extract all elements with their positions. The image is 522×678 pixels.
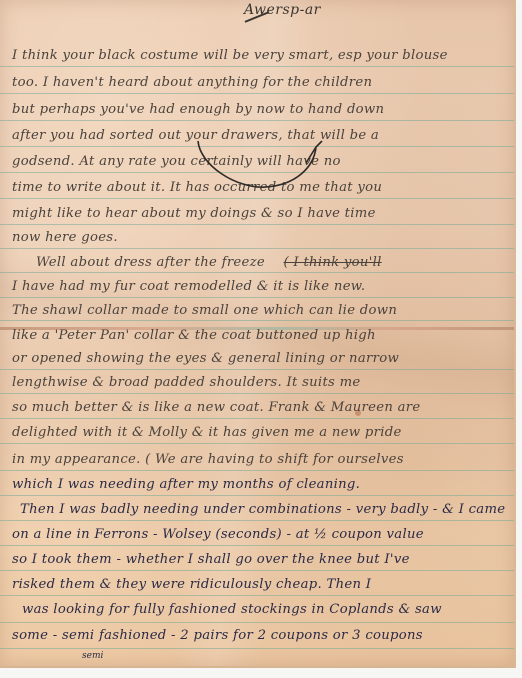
text-line: might like to hear about my doings & so … — [12, 206, 376, 222]
page-header-note: Awersp-ar — [244, 2, 321, 18]
ruled-line — [0, 393, 514, 394]
text-line: risked them & they were ridiculously che… — [12, 577, 371, 593]
ruled-line — [0, 418, 514, 419]
ruled-line — [0, 570, 514, 571]
text-line: lengthwise & broad padded shoulders. It … — [12, 375, 361, 391]
text-line: Then I was badly needing under combinati… — [20, 502, 505, 518]
circled-word-mark — [196, 137, 336, 195]
ruled-line — [0, 297, 514, 298]
ruled-line — [0, 495, 514, 496]
text-line: so much better & is like a new coat. Fra… — [12, 400, 421, 416]
ruled-line — [0, 93, 514, 94]
ruled-line — [0, 545, 514, 546]
text-line: which I was needing after my months of c… — [12, 477, 360, 493]
text-line: some - semi fashioned - 2 pairs for 2 co… — [12, 628, 423, 644]
ruled-line — [0, 470, 514, 471]
text-line: too. I haven't heard about anything for … — [12, 75, 372, 91]
text-line: in my appearance. ( We are having to shi… — [12, 452, 404, 468]
ruled-line — [0, 369, 514, 370]
ruled-line — [0, 224, 514, 225]
interlinear-note: semi — [82, 651, 103, 661]
ruled-line — [0, 595, 514, 596]
ruled-line — [0, 66, 514, 67]
text-line: The shawl collar made to small one which… — [12, 303, 397, 319]
text-line: on a line in Ferrons - Wolsey (seconds) … — [12, 527, 424, 543]
ruled-line — [0, 320, 514, 321]
struck-text: ( I think you'll — [284, 255, 382, 270]
ruled-line — [0, 120, 514, 121]
text-line: I have had my fur coat remodelled & it i… — [12, 279, 365, 295]
text-line: I think your black costume will be very … — [12, 48, 448, 64]
ruled-line — [0, 648, 514, 649]
text-line: like a 'Peter Pan' collar & the coat but… — [12, 328, 376, 344]
letter-page: Awersp-ar I think your black costume wil… — [0, 0, 516, 668]
text-line: or opened showing the eyes & general lin… — [12, 351, 399, 367]
text-line: was looking for fully fashioned stocking… — [22, 602, 442, 618]
text-segment: Well about dress after the freeze — [36, 255, 265, 270]
text-line: now here goes. — [12, 230, 118, 246]
ruled-line — [0, 272, 514, 273]
ruled-line — [0, 198, 514, 199]
text-line: but perhaps you've had enough by now to … — [12, 102, 384, 118]
text-line: delighted with it & Molly & it has given… — [12, 425, 402, 441]
text-line: Well about dress after the freeze ( I th… — [36, 255, 382, 271]
ruled-line — [0, 622, 514, 623]
text-line: so I took them - whether I shall go over… — [12, 552, 410, 568]
ruled-line — [0, 443, 514, 444]
ruled-line — [0, 520, 514, 521]
ruled-line — [0, 248, 514, 249]
